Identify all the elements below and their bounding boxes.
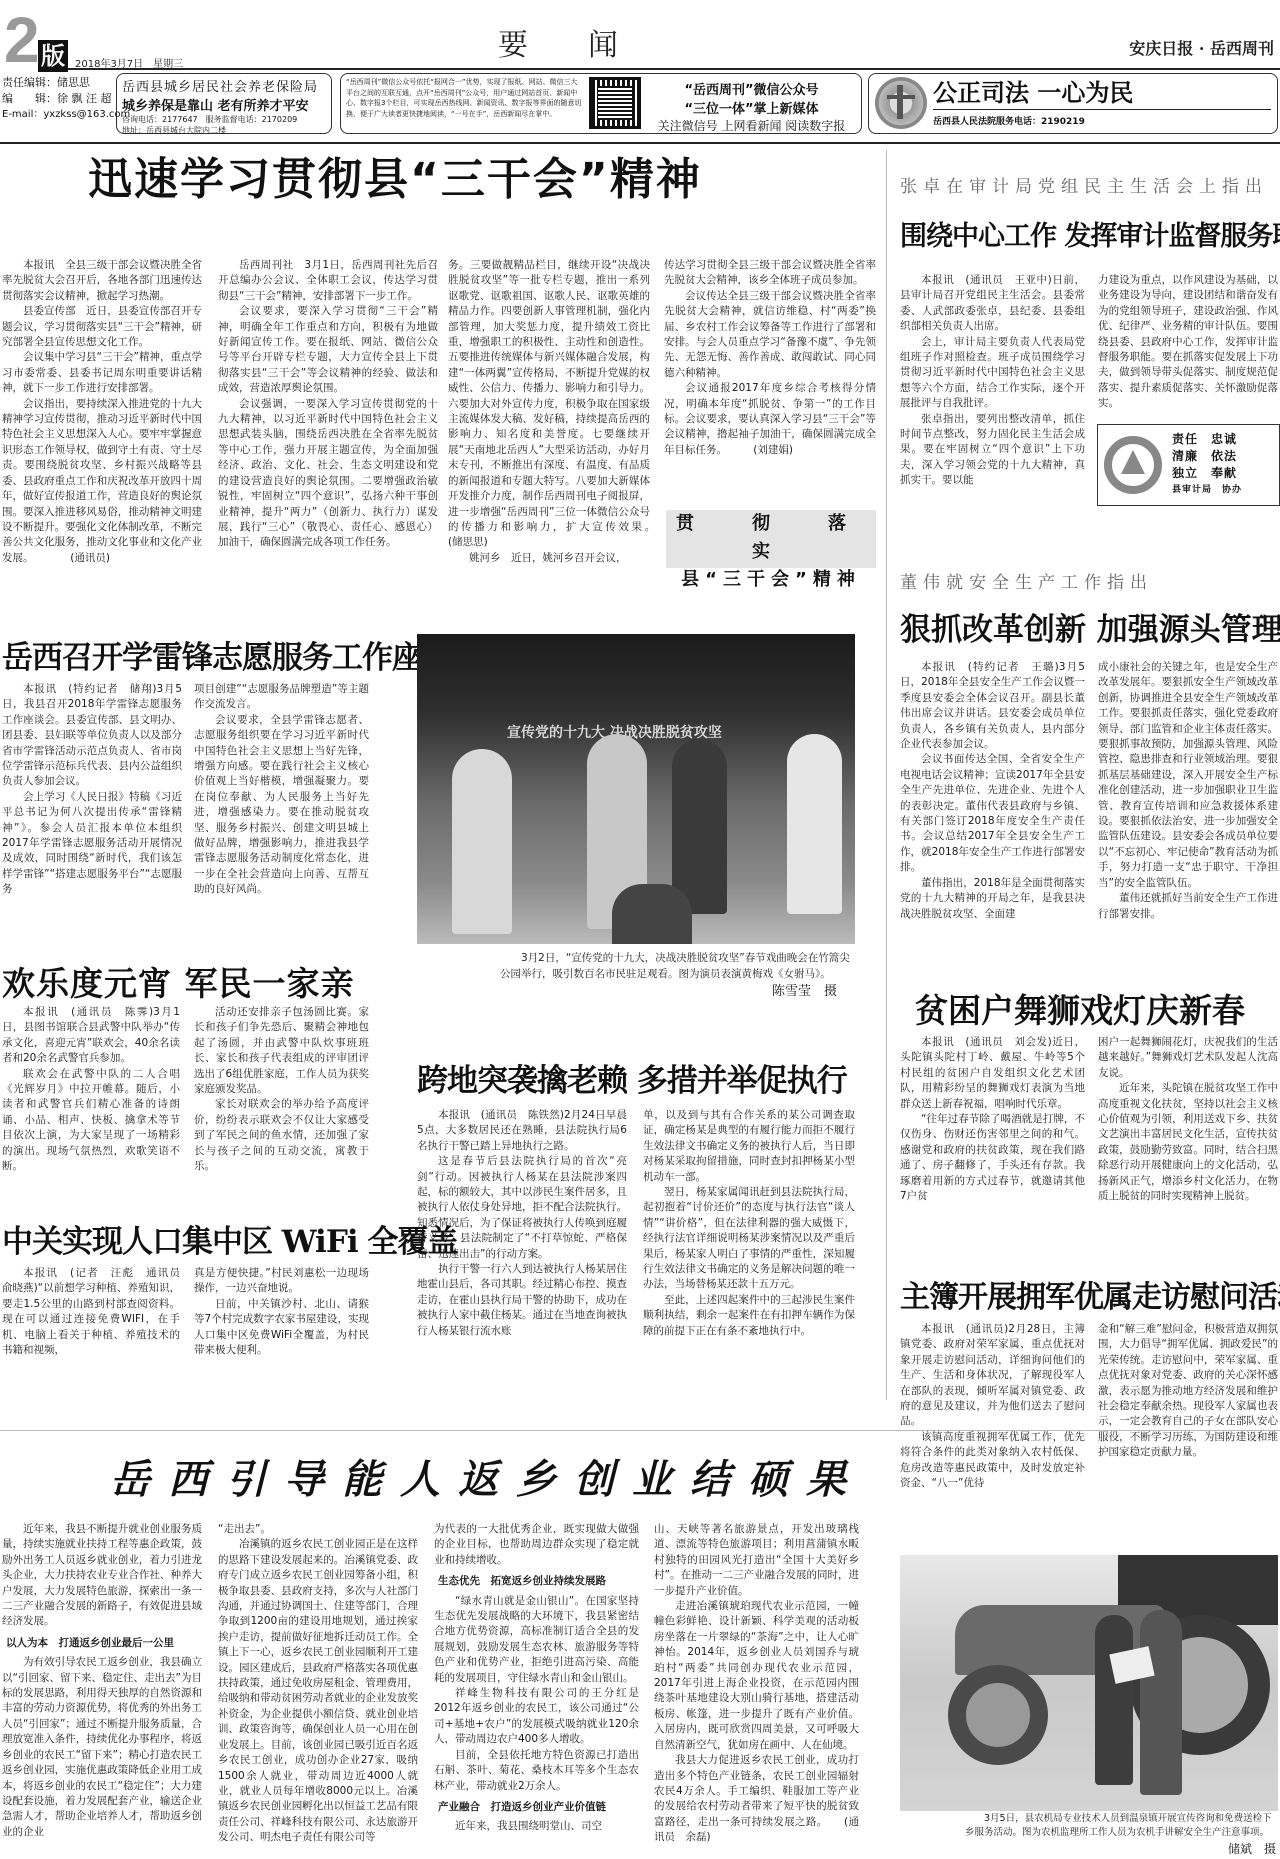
lead-col2-p2: 会议要求，要深入学习贯彻“三干会”精神，明确全年工作重点和方向，积极有为地做好新… [218, 304, 438, 396]
email: E-mail：yxzkss@163.com [2, 107, 130, 123]
lead-col-1: 本报讯 全县三级干部会议暨决胜全省率先脱贫大会召开后，各地各部门迅速传达贯彻落实… [2, 258, 202, 566]
ad-pension: 岳西县城乡居民社会养老保险局 城乡养保是靠山 老有所养才平安 咨询电话：2177… [116, 73, 332, 134]
leifeng-col2-p1: 项目创建”“志愿服务品牌塑造”等主题作交流发言。 [194, 682, 369, 713]
entrepreneur-col1-p1: 近年来，我县不断提升就业创业服务质量，持续实施就业扶持工程等惠企政策，鼓励外出务… [2, 1522, 202, 1630]
entrepreneur-col3-p5: 近年来，我县围绕明堂山、司空 [434, 1819, 639, 1834]
entrepreneur-col2-p2: 冶溪镇的返乡农民工创业园正是在这样的思路下建设发展起来的。冶溪镇党委、政府专门成… [218, 1537, 418, 1845]
ad-audit: 责任 忠诚 清廉 依法 独立 奉献 县审计局 协办 [1097, 424, 1280, 506]
entrepreneur-col-3: 为代表的一大批优秀企业，既实现做大做强的企业目标，也帮助周边群众实现了稳定就业和… [434, 1522, 639, 1835]
army-col1-p1: 本报讯 (通讯员)2月28日，主簿镇党委、政府对荣军家属、重点优抚对象开展走访慰… [900, 1322, 1085, 1430]
lead-col-3: 务。三要做靓精品栏目，继续开设“决战决胜脱贫攻坚”等一批专栏专题，推出一系列讴歌… [448, 258, 650, 566]
wifi-col-2: 真是方便快捷。”村民刘惠松一边现场操作，一边兴奋地说。 日前，中关镇沙村、北山、… [194, 1266, 369, 1358]
ad-audit-line-3: 独立 奉献 [1172, 465, 1242, 482]
audit-col1-p3: 张卓指出，要列出整改清单，抓住时间节点整改，努力固化民主生活会成果。要在牢固树立… [900, 412, 1085, 489]
paper-name: 安庆日报 · 岳西周刊 [1129, 36, 1274, 59]
ad-wechat-title-1: “岳西周刊”微信公众号 [647, 79, 856, 98]
lead-col1-p1: 本报讯 全县三级干部会议暨决胜全省率先脱贫大会召开后，各地各部门迅速传达贯彻落实… [2, 258, 202, 304]
entrepreneur-col3-p2: “绿水青山就是金山银山”。在国家坚持生态优先发展战略的大环境下，我县紧密结合地方… [434, 1594, 639, 1686]
editor-credits: 责任编辑：储思思 编 辑：徐 飘 汪 超 E-mail：yxzkss@163.c… [2, 75, 130, 123]
army-col2-p1: 金和“解三难”慰问金，积极营造双拥氛围，大力倡导“拥军优属、拥政爱民”的光荣传统… [1098, 1322, 1278, 1461]
entrepreneur-col3-p3: 祥峰生物科技有限公司的王分红是2012年返乡创业的农民工，该公司通过“公司+基地… [434, 1686, 639, 1748]
tractor-photo-credit: 储斌 摄 [1228, 1840, 1276, 1857]
wifi-col-1: 本报讯 (记者 汪彪 通讯员 俞晓燕)“以前想学习种植、养殖知识，要走1.5公里… [2, 1266, 180, 1358]
lead-col-4: 传达学习贯彻全县三级干部会议暨决胜全省率先脱贫大会精神，该乡全体班子成员参加。 … [664, 258, 876, 458]
audit-col1-p1: 本报讯 (通讯员 王亚中)日前，县审计局召开党组民主生活会。县委常委、人武部政委… [900, 273, 1085, 335]
lantern-col2-p1: 活动还安排亲子包汤圆比赛。家长和孩子们争先恐后、聚精会神地包起了汤圆，并由武警中… [194, 1005, 369, 1097]
ad-wechat-title-2: “三位一体”掌上新媒体 [647, 98, 856, 117]
lead-col4-p1: 传达学习贯彻全县三级干部会议暨决胜全省率先脱贫大会精神，该乡全体班子成员参加。 [664, 258, 876, 289]
lion-col2-p1: 困户一起舞狮闹花灯，庆祝我们的生活越来越好。”舞狮戏灯艺术队发起人沈高友说。 [1098, 1035, 1278, 1081]
lantern-col-2: 活动还安排亲子包汤圆比赛。家长和孩子们争先恐后、聚精会神地包起了汤圆，并由武警中… [194, 1005, 369, 1174]
audit-col2-p1: 力建设为重点，以作风建设为基础，以业务建设为导向，建设团结和谐奋发有为的党组领导… [1098, 273, 1278, 412]
court-emblem-icon [875, 77, 927, 129]
entrepreneur-headline: 岳西引导能人返乡创业结硕果 [110, 1448, 864, 1505]
section-title: 要闻 [498, 20, 678, 64]
audit-col-1: 本报讯 (通讯员 王亚中)日前，县审计局召开党组民主生活会。县委常委、人武部政委… [900, 273, 1085, 489]
speaker-equipment [612, 884, 692, 944]
performer-figure [452, 749, 512, 934]
ad-audit-line-1: 责任 忠诚 [1172, 431, 1242, 448]
opera-photo: 宣传党的十九大 决战决胜脱贫攻坚 [417, 634, 855, 944]
entrepreneur-col1-p2: 为有效引导农民工返乡创业，我县确立以“引回家、留下来、稳定住、走出去”为目标的发… [2, 1655, 202, 1840]
leifeng-col-2: 项目创建”“志愿服务品牌塑造”等主题作交流发言。 会议要求，全县学雷锋志愿者、志… [194, 682, 369, 898]
entrepreneur-col2-p1: “走出去”。 [218, 1522, 418, 1537]
lead-col4-p3: 会议通报2017年度乡综合考核得分情况，明确本年度“抓脱贫、争第一”的工作目标。… [664, 381, 876, 458]
leifeng-col1-p2: 会上学习《人民日报》特稿《习近平总书记为何八次提出传承“雷锋精神”》。参会人员汇… [2, 790, 182, 898]
court-headline: 跨地突袭擒老赖 多措并举促执行 [417, 1055, 847, 1100]
lantern-col1-p2: 联欢会在武警中队的二人合唱《光辉岁月》中拉开帷幕。随后，小读者和武警官兵们精心准… [2, 1067, 180, 1175]
performer-figure [787, 734, 842, 914]
lead-col1-p4: 会议指出，要持续深入推进党的十九大精神学习宣传贯彻，推动习近平新时代中国特色社会… [2, 397, 202, 566]
court-col2-p2: 翌日，杨某家属闻讯赶到县法院执行局，起初抱着“讨价还价”的态度与执行法官“谈人情… [643, 1185, 855, 1293]
tractor-front-wheel [948, 1665, 1048, 1765]
army-col-1: 本报讯 (通讯员)2月28日，主簿镇党委、政府对荣军家属、重点优抚对象开展走访慰… [900, 1322, 1085, 1491]
page-number: 2 [4, 8, 40, 72]
safety-col2-p1: 成小康社会的关键之年，也是安全生产改革发展年。要狠抓安全生产领域改革创新，协调推… [1098, 660, 1278, 891]
lead-col1-p2: 县委宣传部 近日，县委宣传部召开专题会议，学习贯彻落实县“三干会”精神，研究部署… [2, 304, 202, 350]
court-col-1: 本报讯 (通讯员 陈铁然)2月24日早晨5点，大多数居民还在熟睡，县法院执行局6… [417, 1108, 627, 1339]
safety-col1-p3: 董伟指出，2018年是全面贯彻落实党的十九大精神的开局之年，是我县决战决胜脱贫攻… [900, 876, 1085, 922]
safety-col1-p2: 会议书面传达全国、全省安全生产电视电话会议精神；宣读2017年全县安全生产先进单… [900, 752, 1085, 875]
lion-col-2: 困户一起舞狮闹花灯，庆祝我们的生活越来越好。”舞狮戏灯艺术队发起人沈高友说。 近… [1098, 1035, 1278, 1204]
ad-wechat: “岳西周刊”微信公众号依托“报网合一”优势，实现了报纸、网站、微信三大平台之间的… [340, 73, 862, 134]
lead-banner-line-1: 贯 彻 落 实 [666, 510, 876, 566]
lead-col3-p2: 姚河乡 近日，姚河乡召开会议， [448, 551, 650, 566]
lantern-col2-p2: 家长对联欢会的举办给予高度评价，纷纷表示联欢会不仅让大家感受到了军民之间的鱼水情… [194, 1097, 369, 1174]
leifeng-col-1: 本报讯 (特约记者 储翔)3月5日，我县召开2018年学雷锋志愿服务工作座谈会。… [2, 682, 182, 898]
ad-pension-phones: 咨询电话：2177647 服务监督电话：2170209 [122, 114, 326, 125]
court-col-2: 单，以及到与其有合作关系的某公司调查取证，确定杨某是典型的有履行能力而拒不履行生… [643, 1108, 855, 1339]
lead-col-2: 岳西周刊社 3月1日，岳西周刊社先后召开总编办公会议、全体职工会议，传达学习贯彻… [218, 258, 438, 551]
page-label: 版 [38, 40, 68, 72]
wifi-col2-p2: 日前，中关镇沙村、北山、请猴等7个村完成数字农家书屋建设，实现人口集中区免费Wi… [194, 1297, 369, 1359]
ad-wechat-cta: 关注微信号 上网看新闻 阅读数字报 [647, 117, 856, 134]
header-rule [0, 142, 1280, 144]
lion-col1-p1: 本报讯 (通讯员 刘会发)近日，头陀镇头陀村丁岭、戴屋、牛岭等5个村民组的贫困户… [900, 1035, 1085, 1112]
wifi-col1-p1: 本报讯 (记者 汪彪 通讯员 俞晓燕)“以前想学习种植、养殖知识，要走1.5公里… [2, 1266, 180, 1358]
lead-col1-p3: 会议集中学习县“三干会”精神，重点学习市委常委、县委书记周东明重要讲话精神，就下… [2, 350, 202, 396]
audit-col-2: 力建设为重点，以作风建设为基础，以业务建设为导向，建设团结和谐奋发有为的党组领导… [1098, 273, 1278, 412]
lead-col4-p2: 会议传达全县三级干部会议暨决胜全省率先脱贫大会精神，就信访维稳、村“两委”换届、… [664, 289, 876, 381]
tractor-photo [900, 1555, 1278, 1811]
wifi-headline: 中关实现人口集中区 WiFi 全覆盖 [2, 1216, 457, 1261]
court-col2-p1: 单，以及到与其有合作关系的某公司调查取证，确定杨某是典型的有履行能力而拒不履行生… [643, 1108, 855, 1185]
ad-pension-address: 地址：岳西县城台大院内二楼 [122, 125, 326, 135]
court-col2-p3: 至此，上述四起案件中的三起涉民生案件顺利执结，剩余一起案件在有扣押车辆作为保障的… [643, 1293, 855, 1339]
army-headline: 主簿开展拥军优属走访慰问活动 [900, 1272, 1280, 1316]
tractor-caption: 3月5日，县农机局专业技术人员到温泉镇开展宣传咨询和免费送检下乡服务活动。图为农… [965, 1812, 1278, 1840]
ad-audit-sponsor: 县审计局 协办 [1172, 482, 1242, 499]
masthead-rule [68, 68, 1280, 70]
ad-audit-line-2: 清廉 依法 [1172, 448, 1242, 465]
qr-code-icon [589, 77, 641, 129]
editor-in-charge: 责任编辑：储思思 [2, 75, 130, 91]
ad-wechat-desc: “岳西周刊”微信公众号依托“报网合一”优势，实现了报纸、网站、微信三大平台之间的… [346, 77, 583, 130]
entrepreneur-subhead-3: 产业融合 打造返乡创业产业价值链 [438, 1800, 639, 1815]
court-col1-p1: 本报讯 (通讯员 陈铁然)2月24日早晨5点，大多数居民还在熟睡，县法院执行局6… [417, 1108, 627, 1154]
lead-col2-p1: 岳西周刊社 3月1日，岳西周刊社先后召开总编办公会议、全体职工会议，传达学习贯彻… [218, 258, 438, 304]
ad-court-slogan: 公正司法 一心为民 [933, 77, 1271, 110]
lead-headline: 迅速学习贯彻县“三干会”精神 [88, 150, 702, 210]
safety-col1-p1: 本报讯 (特约记者 王璐)3月5日，2018年全县安全生产工作会议暨一季度县安委… [900, 660, 1085, 752]
leifeng-col2-p2: 会议要求，全县学雷锋志愿者、志愿服务组织要在学习习近平新时代中国特色社会主义思想… [194, 713, 369, 898]
lead-banner: 贯 彻 落 实 县“三干会”精神 [666, 510, 876, 568]
lantern-col-1: 本报讯 (通讯员 陈霁)3月1日，县图书馆联合县武警中队举办“传承文化，喜迎元宵… [2, 1005, 180, 1174]
lion-col1-p2: “往年过春节除了喝酒就是打牌，不仅伤身、伤财还伤害邻里之间的和气。感谢党和政府的… [900, 1112, 1085, 1204]
performer-figure [672, 739, 727, 914]
entrepreneur-subhead-1: 以人为本 打通返乡创业最后一公里 [6, 1636, 202, 1651]
lead-col3-p1: 务。三要做靓精品栏目，继续开设“决战决胜脱贫攻坚”等一批专栏专题，推出一系列讴歌… [448, 258, 650, 551]
leifeng-headline: 岳西召开学雷锋志愿服务工作座谈会 [2, 632, 482, 677]
court-col1-p3: 执行干警一行六人到达被执行人杨某居住地霍山县后，各司其职。经过精心布控、摸查走访… [417, 1262, 627, 1339]
wifi-col2-p1: 真是方便快捷。”村民刘惠松一边现场操作，一边兴奋地说。 [194, 1266, 369, 1297]
ad-court: 公正司法 一心为民 岳西县人民法院服务电话：2190219 [868, 73, 1278, 134]
entrepreneur-col4-p2: 走进冶溪镇琥珀现代农业示范园，一幢幢色彩鲜艳、设计新颖、科学美观的活动板房坐落在… [654, 1599, 859, 1753]
ad-pension-org: 岳西县城乡居民社会养老保险局 [122, 76, 326, 95]
safety-col-2: 成小康社会的关键之年，也是安全生产改革发展年。要狠抓安全生产领域改革创新，协调推… [1098, 660, 1278, 922]
section-title-char-2: 闻 [588, 28, 678, 63]
lion-col2-p2: 近年来，头陀镇在脱贫攻坚工作中高度重视文化扶贫，坚持以社会主义核心价值观为引领，… [1098, 1081, 1278, 1204]
lead-banner-line-2: 县“三干会”精神 [666, 566, 876, 594]
col-divider-right [886, 150, 887, 1400]
safety-col2-p2: 董伟还就抓好当前安全生产工作进行部署安排。 [1098, 891, 1278, 922]
opera-caption: 3月2日，“宣传党的十九大，决战决胜脱贫攻坚”春节戏曲晚会在竹篙尖公园举行，吸引… [500, 950, 855, 982]
lantern-col1-p1: 本报讯 (通讯员 陈霁)3月1日，县图书馆联合县武警中队举办“传承文化，喜迎元宵… [2, 1005, 180, 1067]
person-figure [1140, 1610, 1182, 1795]
ad-pension-slogan: 城乡养保是靠山 老有所养才平安 [122, 95, 326, 114]
court-col1-p2: 这是春节后县法院执行局的首次“亮剑”行动。因被执行人杨某在县法院涉案四起，标的额… [417, 1154, 627, 1262]
ad-court-phone: 岳西县人民法院服务电话：2190219 [933, 114, 1271, 127]
audit-col1-p2: 会上，审计局主要负责人代表局党组班子作对照检查。班子成员围绕学习贯彻习近平新时代… [900, 335, 1085, 412]
lion-col-1: 本报讯 (通讯员 刘会发)近日，头陀镇头陀村丁岭、戴屋、牛岭等5个村民组的贫困户… [900, 1035, 1085, 1204]
audit-logo-icon [1104, 436, 1162, 494]
lantern-headline: 欢乐度元宵 军民一家亲 [2, 958, 355, 1005]
lion-headline: 贫困户舞狮戏灯庆新春 [915, 985, 1245, 1032]
leifeng-col1-p1: 本报讯 (特约记者 储翔)3月5日，我县召开2018年学雷锋志愿服务工作座谈会。… [2, 682, 182, 790]
entrepreneur-col-1: 近年来，我县不断提升就业创业服务质量，持续实施就业扶持工程等惠企政策，鼓励外出务… [2, 1522, 202, 1840]
entrepreneur-col4-p3: 我县大力促进返乡农民工创业，成功打造出多个特色产业链条，农民工创业园辐射农民4万… [654, 1753, 859, 1845]
audit-headline: 围绕中心工作 发挥审计监督服务职能 [900, 214, 1280, 253]
section-title-char-1: 要 [498, 28, 588, 63]
army-col1-p2: 该镇高度重视拥军优属工作，优先将符合条件的此类对象纳入农村低保、危房改造等惠民政… [900, 1430, 1085, 1492]
safety-col-1: 本报讯 (特约记者 王璐)3月5日，2018年全县安全生产工作会议暨一季度县安委… [900, 660, 1085, 922]
bottom-section-rule [0, 1430, 1280, 1431]
audit-kicker: 张卓在审计局党组民主生活会上指出 [900, 172, 1268, 197]
entrepreneur-col4-p1: 山、天峡等著名旅游景点，开发出玻璃栈道、漂流等特色旅游项目；利用菖蒲镇水畈村独特… [654, 1522, 859, 1599]
editors: 编 辑：徐 飘 汪 超 [2, 91, 130, 107]
army-col-2: 金和“解三难”慰问金，积极营造双拥氛围，大力倡导“拥军优属、拥政爱民”的光荣传统… [1098, 1322, 1278, 1461]
entrepreneur-col-2: “走出去”。 冶溪镇的返乡农民工创业园正是在这样的思路下建设发展起来的。冶溪镇党… [218, 1522, 418, 1846]
entrepreneur-col-4: 山、天峡等著名旅游景点，开发出玻璃栈道、漂流等特色旅游项目；利用菖蒲镇水畈村独特… [654, 1522, 859, 1846]
lead-col2-p3: 会议强调，一要深入学习宣传贯彻党的十九大精神，以习近平新时代中国特色社会主义思想… [218, 397, 438, 551]
opera-photo-credit: 陈雪莹 摄 [772, 980, 837, 999]
entrepreneur-col3-p4: 目前，全县依托地方特色资源已打造出石斛、茶叶、菊花、桑枝木耳等多个生态农林产业，… [434, 1748, 639, 1794]
safety-headline: 狠抓改革创新 加强源头管理 [900, 604, 1280, 649]
safety-kicker: 董伟就安全生产工作指出 [900, 568, 1153, 593]
entrepreneur-col3-p1: 为代表的一大批优秀企业，既实现做大做强的企业目标，也帮助周边群众实现了稳定就业和… [434, 1522, 639, 1568]
person-figure [1095, 1615, 1133, 1785]
entrepreneur-subhead-2: 生态优先 拓宽返乡创业持续发展路 [438, 1574, 639, 1589]
